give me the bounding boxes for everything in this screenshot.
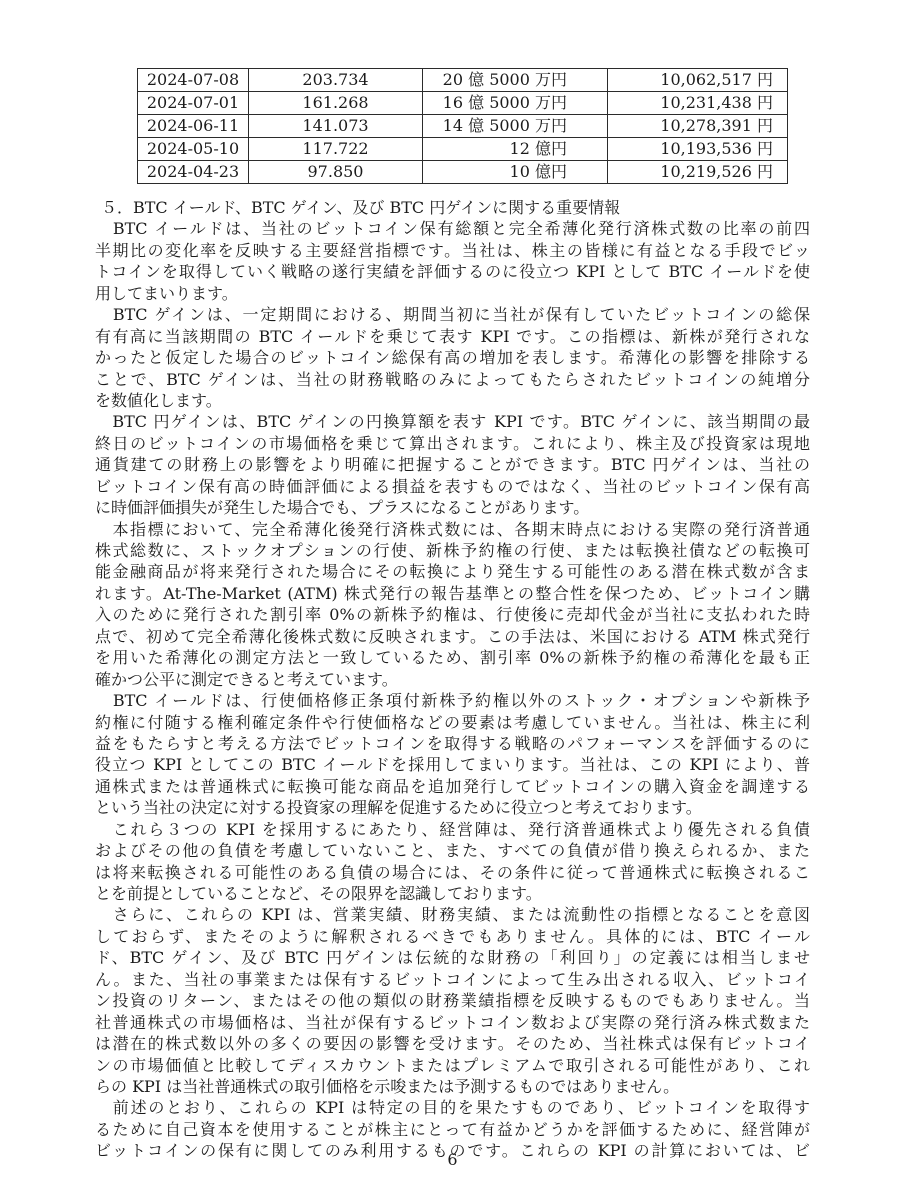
- text-line: BTC イールドは、行使価格修正条項付新株予約権以外のストック・オプションや新株…: [95, 690, 810, 711]
- text-line: 終日のビットコインの市場価格を乗じて算出されます。これにより、株主及び投資家は現…: [95, 433, 810, 454]
- text-line: 用してまいります。: [95, 283, 810, 304]
- table-row: 2024-05-10117.72212 億円10,193,536 円: [138, 138, 788, 161]
- table-cell-price: 10,062,517 円: [608, 69, 788, 92]
- paragraph: これら３つの KPI を採用するにあたり、経営陣は、発行済普通株式より優先される…: [95, 819, 810, 905]
- paragraph: BTC ゲインは、一定期間における、期間当初に当社が保有していたビットコインの総…: [95, 304, 810, 411]
- table-cell-value: 203.734: [249, 69, 423, 92]
- text-line: を用いた希薄化の測定方法と一致しているため、割引率 0%の新株予約権の希薄化を最…: [95, 647, 810, 668]
- text-line: トコインを取得していく戦略の遂行実績を評価するのに役立つ KPI として BTC…: [95, 261, 810, 282]
- text-line: らの KPI は当社普通株式の取引価格を示唆または予測するものではありません。: [95, 1076, 810, 1097]
- table-row: 2024-07-01161.26816 億 5000 万円10,231,438 …: [138, 92, 788, 115]
- text-line: しておらず、またそのように解釈されるべきでもありません。具体的には、BTC イー…: [95, 926, 810, 947]
- section-heading: ５．BTC イールド、BTC ゲイン、及び BTC 円ゲインに関する重要情報: [95, 197, 810, 218]
- text-line: ことで、BTC ゲインは、当社の財務戦略のみによってもたらされたビットコインの純…: [95, 369, 810, 390]
- text-line: は将来転換される可能性のある負債の場合には、その条件に従って普通株式に転換される…: [95, 862, 810, 883]
- text-line: ん。また、当社の事業または保有するビットコインによって生み出される収入、ビットコ…: [95, 969, 810, 990]
- table-cell-amount: 12 億円: [423, 138, 608, 161]
- text-line: さらに、これらの KPI は、営業実績、財務実績、または流動性の指標となることを…: [95, 904, 810, 925]
- text-line: 半期比の変化率を反映する主要経営指標です。当社は、株主の皆様に有益となる手段でビ…: [95, 240, 810, 261]
- table-cell-value: 161.268: [249, 92, 423, 115]
- text-line: 約権に付随する権利確定条件や行使価格などの要素は考慮していません。当社は、株主に…: [95, 712, 810, 733]
- btc-holdings-table: 2024-07-08203.73420 億 5000 万円10,062,517 …: [137, 68, 788, 184]
- table-cell-value: 117.722: [249, 138, 423, 161]
- text-line: 前述のとおり、これらの KPI は特定の目的を果たすものであり、ビットコインを取…: [95, 1097, 810, 1118]
- table-row: 2024-07-08203.73420 億 5000 万円10,062,517 …: [138, 69, 788, 92]
- text-line: 入のために発行された割引率 0%の新株予約権は、行使後に売却代金が当社に支払われ…: [95, 604, 810, 625]
- table-cell-amount: 16 億 5000 万円: [423, 92, 608, 115]
- table-cell-date: 2024-07-08: [138, 69, 249, 92]
- paragraph: 本指標において、完全希薄化後発行済株式数には、各期末時点における実際の発行済普通…: [95, 519, 810, 691]
- text-line: 能金融商品が将来発行された場合にその転換により発生する可能性のある潜在株式数が含…: [95, 561, 810, 582]
- paragraph: BTC 円ゲインは、BTC ゲインの円換算額を表す KPI です。BTC ゲイン…: [95, 411, 810, 518]
- table-cell-date: 2024-04-23: [138, 161, 249, 184]
- text-line: 益をもたらすと考える方法でビットコインを取得する戦略のパフォーマンスを評価するの…: [95, 733, 810, 754]
- text-line: 通株式または普通株式に転換可能な商品を追加発行してビットコインの購入資金を調達す…: [95, 776, 810, 797]
- text-line: とを前提としていることなど、その限界を認識しております。: [95, 883, 810, 904]
- text-line: 点で、初めて完全希薄化後株式数に反映されます。この手法は、米国における ATM …: [95, 626, 810, 647]
- text-line: 役立つ KPI としてこの BTC イールドを採用してまいります。当社は、この …: [95, 754, 810, 775]
- table-cell-amount: 14 億 5000 万円: [423, 115, 608, 138]
- text-line: ンの市場価値と比較してディスカウントまたはプレミアムで取引される可能性があり、こ…: [95, 1055, 810, 1076]
- paragraph: さらに、これらの KPI は、営業実績、財務実績、または流動性の指標となることを…: [95, 904, 810, 1097]
- table-cell-value: 97.850: [249, 161, 423, 184]
- text-line: を数値化します。: [95, 390, 810, 411]
- text-line: BTC イールドは、当社のビットコイン保有総額と完全希薄化発行済株式数の比率の前…: [95, 218, 810, 239]
- text-line: 確かつ公平に測定できると考えています。: [95, 669, 810, 690]
- table-cell-date: 2024-05-10: [138, 138, 249, 161]
- text-line: 社普通株式の市場価格は、当社が保有するビットコイン数および実際の発行済み株式数ま…: [95, 1012, 810, 1033]
- table-cell-price: 10,278,391 円: [608, 115, 788, 138]
- document-page: 2024-07-08203.73420 億 5000 万円10,062,517 …: [0, 0, 905, 1200]
- text-line: 本指標において、完全希薄化後発行済株式数には、各期末時点における実際の発行済普通: [95, 519, 810, 540]
- text-line: ド、BTC ゲイン、及び BTC 円ゲインは伝統的な財務の「利回り」の定義には相…: [95, 947, 810, 968]
- section-5-body: ５．BTC イールド、BTC ゲイン、及び BTC 円ゲインに関する重要情報 B…: [95, 197, 810, 1162]
- table-cell-date: 2024-06-11: [138, 115, 249, 138]
- table-cell-date: 2024-07-01: [138, 92, 249, 115]
- paragraphs-container: BTC イールドは、当社のビットコイン保有総額と完全希薄化発行済株式数の比率の前…: [95, 218, 810, 1161]
- text-line: れます。At-The-Market (ATM) 株式発行の報告基準との整合性を保…: [95, 583, 810, 604]
- table-row: 2024-04-2397.85010 億円10,219,526 円: [138, 161, 788, 184]
- text-line: は潜在的株式数以外の多くの要因の影響を受けます。そのため、当社株式は保有ビットコ…: [95, 1033, 810, 1054]
- table-cell-price: 10,193,536 円: [608, 138, 788, 161]
- text-line: ビットコイン保有高の時価評価による損益を表すものではなく、当社のビットコイン保有…: [95, 476, 810, 497]
- paragraph: BTC イールドは、当社のビットコイン保有総額と完全希薄化発行済株式数の比率の前…: [95, 218, 810, 304]
- text-line: およびその他の負債を考慮していないこと、また、すべての負債が借り換えられるか、ま…: [95, 840, 810, 861]
- table-row: 2024-06-11141.07314 億 5000 万円10,278,391 …: [138, 115, 788, 138]
- text-line: 通貨建ての財務上の影響をより明確に把握することができます。BTC 円ゲインは、当…: [95, 454, 810, 475]
- text-line: 有有高に当該期間の BTC イールドを乗じて表す KPI です。この指標は、新株…: [95, 326, 810, 347]
- text-line: BTC ゲインは、一定期間における、期間当初に当社が保有していたビットコインの総…: [95, 304, 810, 325]
- page-number: 6: [0, 1150, 905, 1169]
- text-line: ン投資のリターン、またはその他の類似の財務業績指標を反映するものでもありません。…: [95, 990, 810, 1011]
- table-cell-amount: 20 億 5000 万円: [423, 69, 608, 92]
- table-cell-amount: 10 億円: [423, 161, 608, 184]
- text-line: に時価評価損失が発生した場合でも、プラスになることがあります。: [95, 497, 810, 518]
- table-cell-value: 141.073: [249, 115, 423, 138]
- text-line: という当社の決定に対する投資家の理解を促進するために役立つと考えております。: [95, 797, 810, 818]
- text-line: BTC 円ゲインは、BTC ゲインの円換算額を表す KPI です。BTC ゲイン…: [95, 411, 810, 432]
- text-line: これら３つの KPI を採用するにあたり、経営陣は、発行済普通株式より優先される…: [95, 819, 810, 840]
- paragraph: BTC イールドは、行使価格修正条項付新株予約権以外のストック・オプションや新株…: [95, 690, 810, 819]
- text-line: かったと仮定した場合のビットコイン総保有高の増加を表します。希薄化の影響を排除す…: [95, 347, 810, 368]
- table-cell-price: 10,219,526 円: [608, 161, 788, 184]
- table-cell-price: 10,231,438 円: [608, 92, 788, 115]
- text-line: るために自己資本を使用することが株主にとって有益かどうかを評価するために、経営陣…: [95, 1119, 810, 1140]
- text-line: 株式総数に、ストックオプションの行使、新株予約権の行使、または転換社債などの転換…: [95, 540, 810, 561]
